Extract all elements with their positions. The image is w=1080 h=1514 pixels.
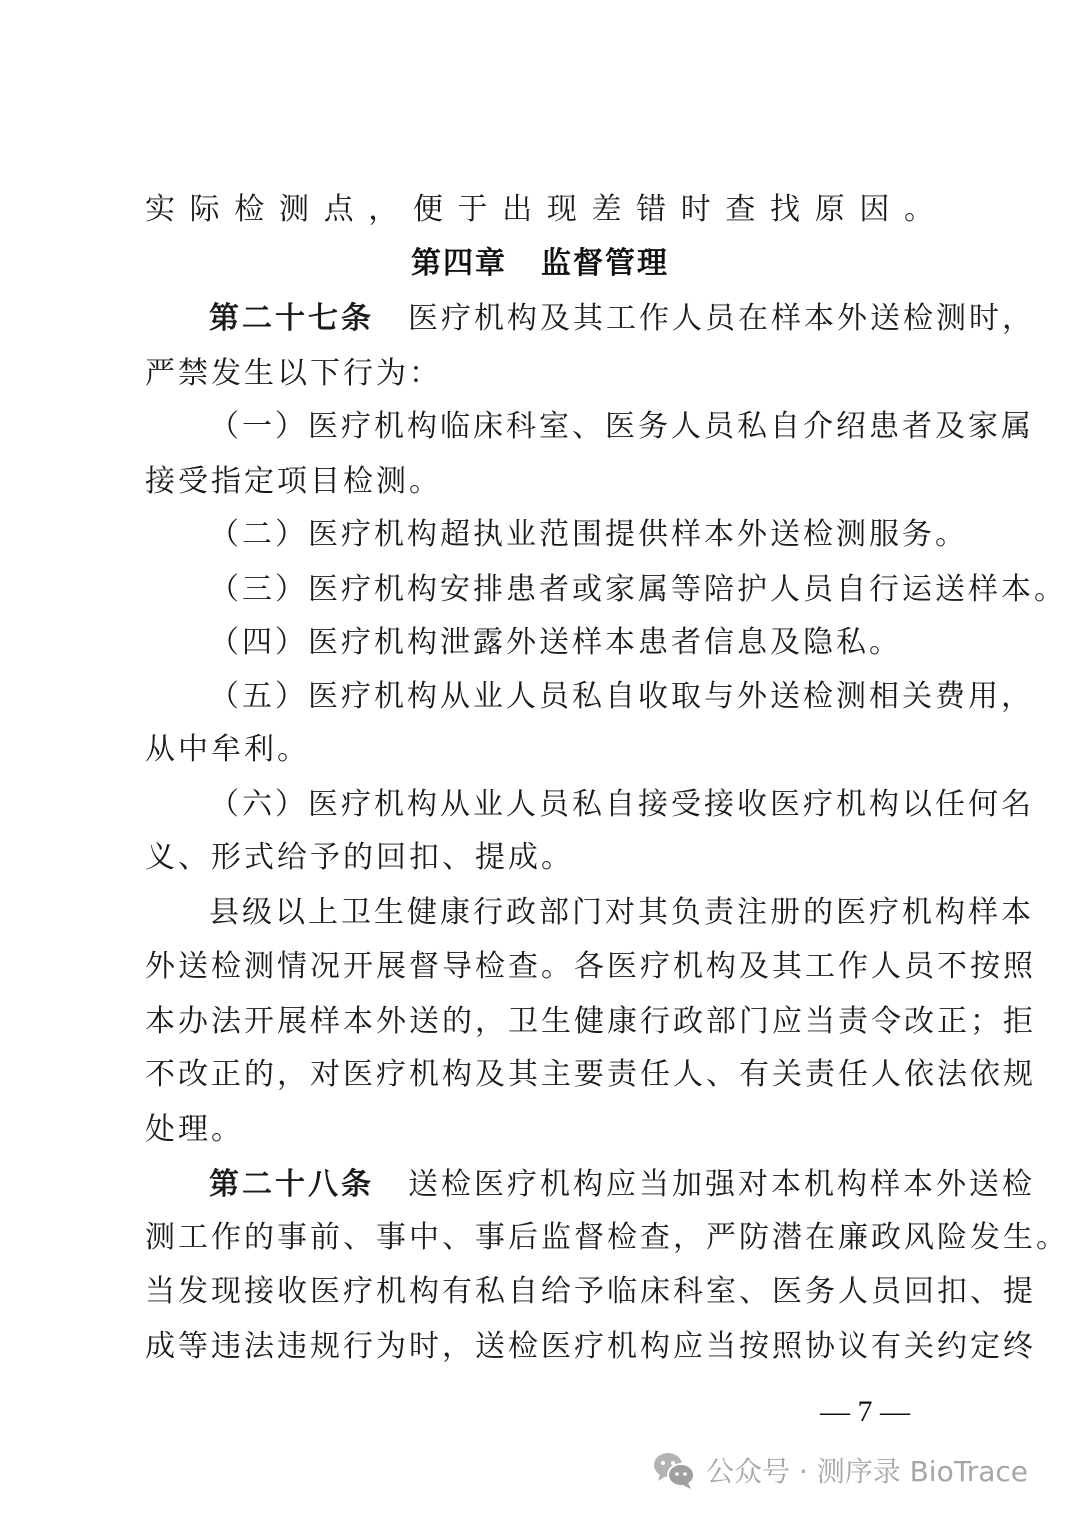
article-label: 第二十七条 bbox=[209, 301, 374, 336]
paragraph-line: 义、形式给予的回扣、提成。 bbox=[145, 838, 937, 878]
paragraph-line: 成等违法违规行为时，送检医疗机构应当按照协议有关约定终 bbox=[145, 1327, 937, 1367]
paragraph-line: 当发现接收医疗机构有私自给予临床科室、医务人员回扣、提 bbox=[145, 1272, 937, 1312]
paragraph-line: 从中牟利。 bbox=[145, 730, 937, 770]
list-item-line: （五）医疗机构从业人员私自收取与外送检测相关费用， bbox=[209, 677, 937, 717]
paragraph-line: 实际检测点，便于出现差错时查找原因。 bbox=[145, 190, 937, 230]
list-item-line: （一）医疗机构临床科室、医务人员私自介绍患者及家属 bbox=[209, 407, 937, 447]
article-label: 第二十八条 bbox=[209, 1167, 374, 1202]
wechat-icon bbox=[652, 1450, 696, 1490]
watermark-text: 公众号 · 测序录 BioTrace bbox=[706, 1450, 1028, 1490]
paragraph-line: 外送检测情况开展督导检查。各医疗机构及其工作人员不按照 bbox=[145, 947, 937, 987]
paragraph-line: 严禁发生以下行为： bbox=[145, 354, 937, 394]
paragraph-line: 接受指定项目检测。 bbox=[145, 462, 937, 502]
paragraph-line: 县级以上卫生健康行政部门对其负责注册的医疗机构样本 bbox=[209, 893, 937, 933]
document-page: 实际检测点，便于出现差错时查找原因。 第四章监督管理 第二十七条医疗机构及其工作… bbox=[0, 0, 1080, 1514]
paragraph-line: 测工作的事前、事中、事后监督检查，严防潜在廉政风险发生。 bbox=[145, 1218, 937, 1258]
list-item-line: （二）医疗机构超执业范围提供样本外送检测服务。 bbox=[209, 515, 937, 555]
list-item-line: （六）医疗机构从业人员私自接受接收医疗机构以任何名 bbox=[209, 785, 937, 825]
page-number: — 7 — bbox=[820, 1394, 910, 1430]
article-27-line: 第二十七条医疗机构及其工作人员在样本外送检测时， bbox=[209, 299, 937, 339]
article-text: 送检医疗机构应当加强对本机构样本外送检 bbox=[408, 1167, 1035, 1202]
chapter-heading: 第四章监督管理 bbox=[0, 244, 1080, 284]
paragraph-line: 本办法开展样本外送的，卫生健康行政部门应当责令改正；拒 bbox=[145, 1002, 937, 1042]
list-item-line: （四）医疗机构泄露外送样本患者信息及隐私。 bbox=[209, 623, 937, 663]
article-28-line: 第二十八条送检医疗机构应当加强对本机构样本外送检 bbox=[209, 1165, 937, 1205]
chapter-title: 监督管理 bbox=[541, 246, 669, 281]
list-item-line: （三）医疗机构安排患者或家属等陪护人员自行运送样本。 bbox=[209, 570, 937, 610]
paragraph-line: 不改正的，对医疗机构及其主要责任人、有关责任人依法依规 bbox=[145, 1055, 937, 1095]
paragraph-line: 处理。 bbox=[145, 1110, 937, 1150]
watermark: 公众号 · 测序录 BioTrace bbox=[652, 1448, 1028, 1492]
article-text: 医疗机构及其工作人员在样本外送检测时， bbox=[408, 301, 1035, 336]
chapter-number: 第四章 bbox=[411, 246, 507, 281]
